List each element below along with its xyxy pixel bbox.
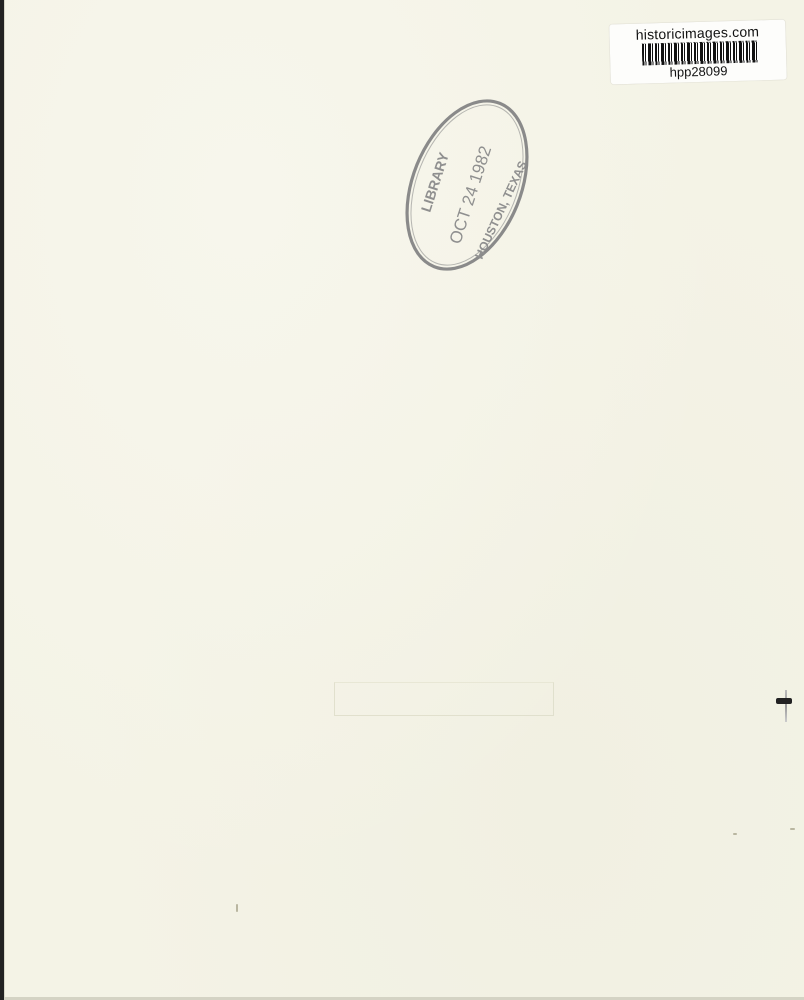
paper-speck [236,904,238,912]
ink-mark-tail [785,690,787,722]
label-site-text: historicimages.com [609,23,785,44]
stamp-line-library: LIBRARY [418,150,452,214]
archive-barcode-label: historicimages.com hpp28099 [609,20,787,85]
library-date-stamp: LIBRARY OCT 24 1982 HOUSTON, TEXAS [400,95,534,275]
faint-rectangular-mark [334,682,554,716]
paper-speck [733,833,737,835]
ink-mark [776,698,792,704]
label-code-text: hpp28099 [610,62,786,82]
barcode-icon [642,40,759,65]
paper-speck [790,828,795,830]
